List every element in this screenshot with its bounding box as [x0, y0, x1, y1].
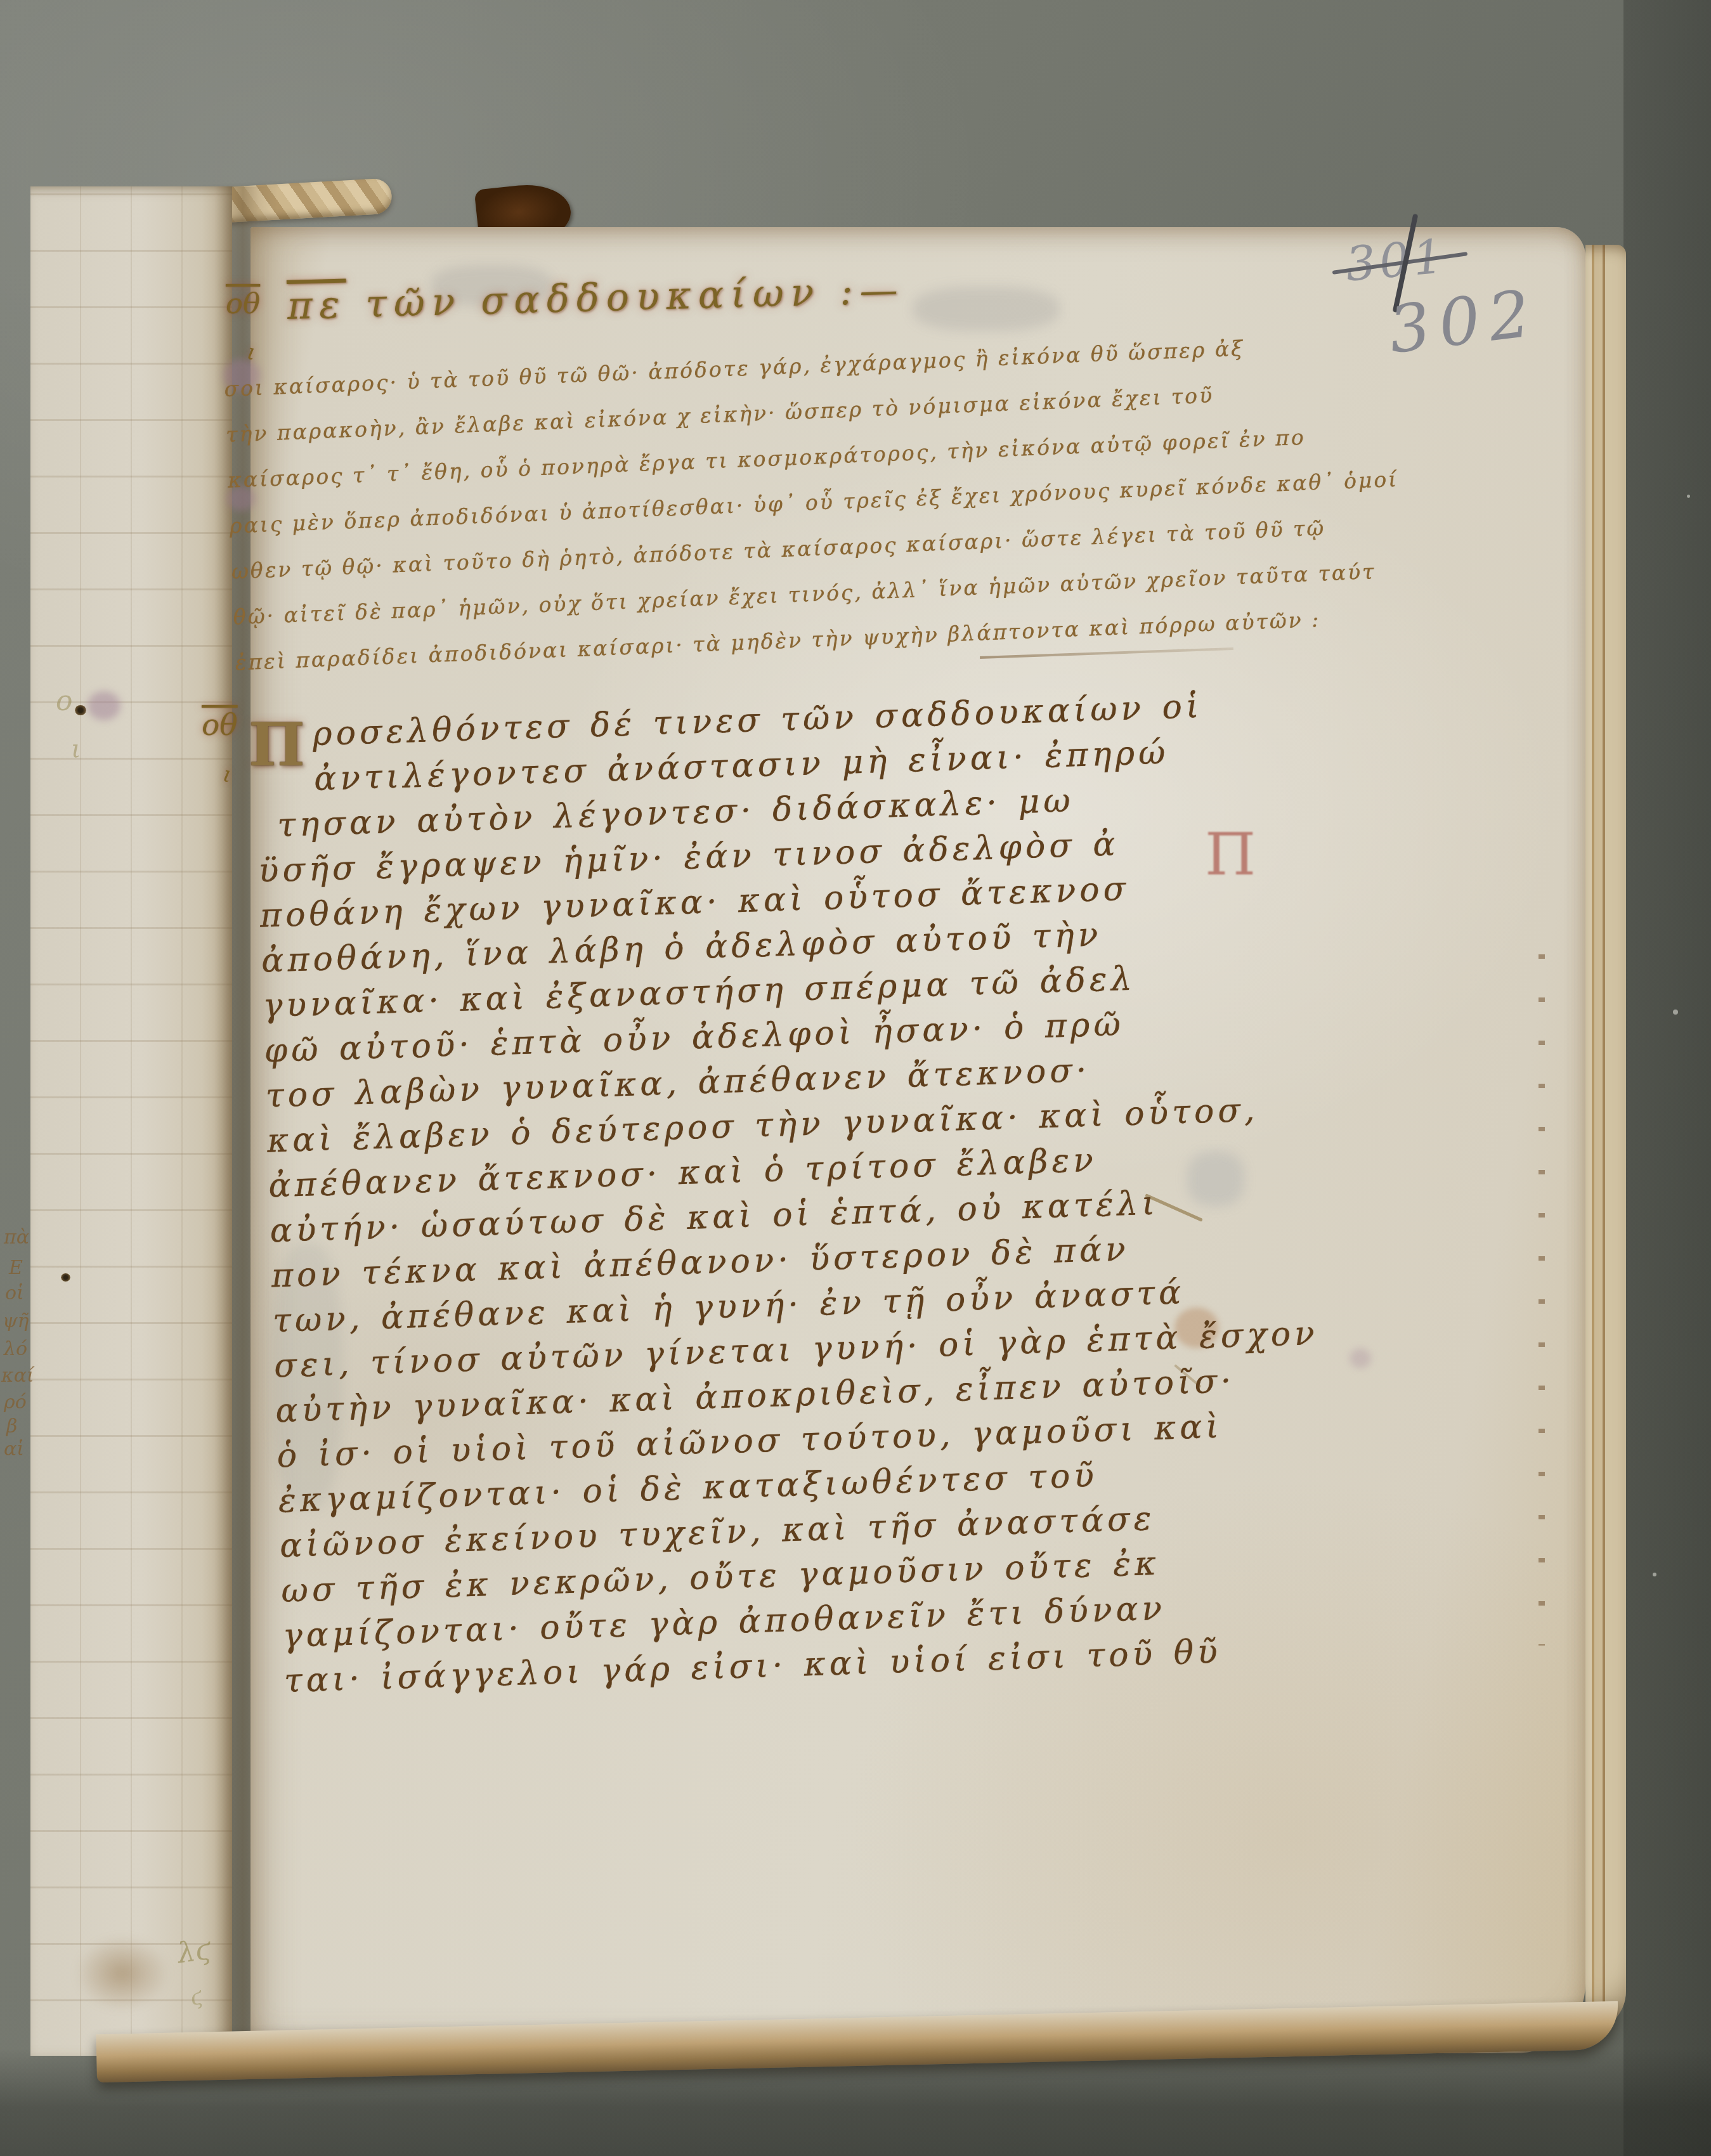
leaf-text-fragment: β [6, 1415, 17, 1438]
leaf-text-fragment: πὰ [4, 1226, 29, 1249]
heading-abbreviation: πε [287, 283, 347, 328]
crossed-out-folio-number: 301 [1344, 229, 1449, 292]
quire-signature: λϛ [176, 1933, 213, 1970]
backdrop-speck [1673, 1010, 1678, 1015]
catena-commentary-block: σοι καίσαρος· ὑ τὰ τοῦ θῦ τῶ θῶ· ἀπόδοτε… [223, 324, 1301, 686]
previous-leaf-ruled-paper [30, 186, 232, 2056]
gospel-text-block: ροσελθόντεσ δέ τινεσ τῶν σαδδουκαίων οἱ … [254, 683, 1273, 1704]
leaf-text-fragment: ψῆ [3, 1310, 29, 1332]
kephalaion-number-text: οθ [202, 708, 238, 743]
leaf-text-fragment: αἱ [4, 1438, 24, 1460]
leaf-text-fragment: καί [1, 1365, 34, 1387]
kephalaion-number-heading: οθ [226, 287, 260, 320]
ink-showthrough [913, 287, 1059, 331]
leaf-text-fragment: λό [4, 1338, 27, 1360]
backdrop-speck [1687, 495, 1690, 498]
leaf-text-fragment: οἱ [5, 1282, 24, 1304]
faded-leaf-mark: ι [71, 734, 81, 763]
backdrop-shadow-right [1623, 0, 1711, 2156]
wormhole [61, 1273, 70, 1282]
faded-leaf-mark: ο [56, 685, 73, 717]
leaf-text-fragment: Ε [9, 1257, 23, 1279]
heading-terminator: :— [820, 268, 905, 315]
mold-stain [88, 691, 120, 720]
backdrop-speck [1653, 1573, 1656, 1576]
wormhole [75, 705, 86, 715]
mold-speck [1350, 1348, 1371, 1368]
leaf-text-fragment: ρό [4, 1391, 27, 1413]
fore-edge-page-stack [1585, 245, 1626, 2032]
